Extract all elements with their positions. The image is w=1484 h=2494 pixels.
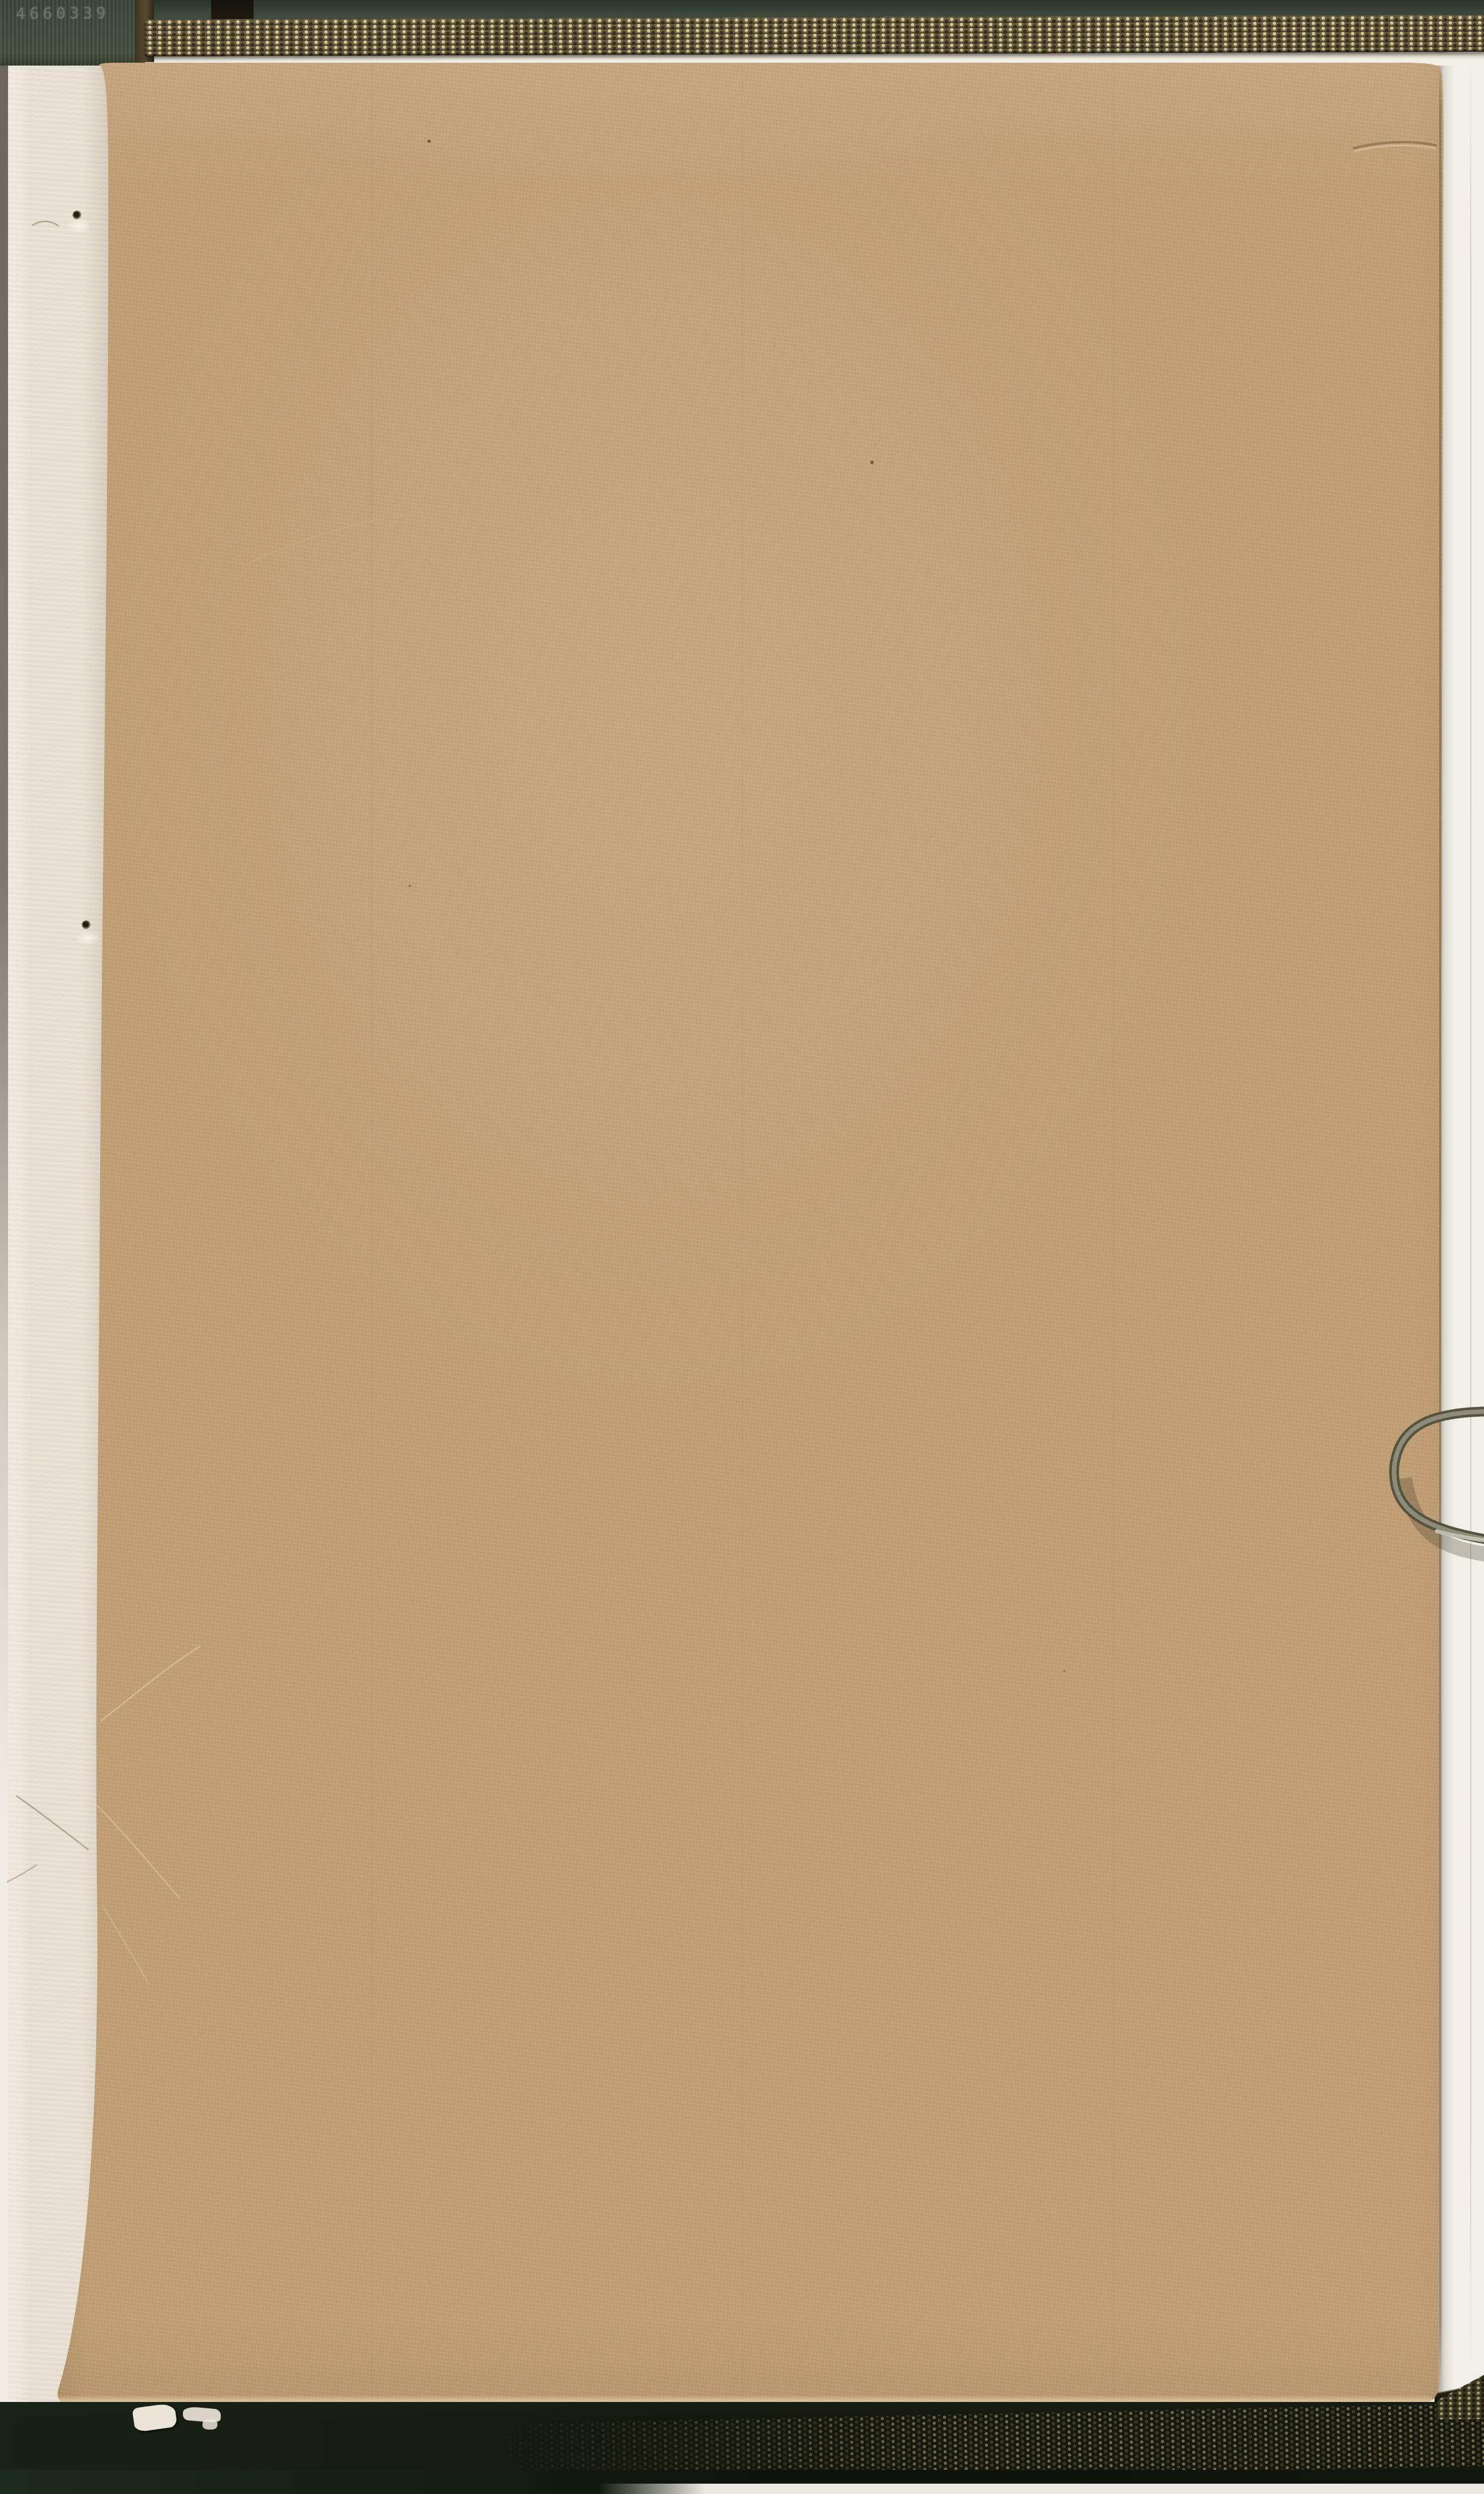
book-scan-scene: 4660339: [0, 0, 1484, 2494]
scan-bottom-sliver: [598, 2484, 1484, 2494]
dust-speck: [870, 461, 874, 464]
sewing-hole-middle: [82, 920, 91, 929]
cover-stamp-number: 4660339: [16, 4, 143, 28]
dust-speck: [408, 885, 411, 887]
sewing-hole-paper-puff: [66, 219, 92, 234]
page-right-edge-line: [1439, 64, 1441, 2389]
dust-speck: [1063, 1670, 1066, 1672]
torn-paper-fragment: [202, 2419, 217, 2430]
cover-cloth-bottom: [0, 2402, 1484, 2494]
sewing-hole-paper-puff: [75, 931, 101, 946]
clip-wire-outline: [1394, 1412, 1484, 1539]
endpaper-right-column: [1437, 48, 1484, 2487]
sewing-hole-top: [72, 211, 82, 220]
metal-clip: [1375, 1380, 1484, 1570]
paper-texture: [0, 0, 1484, 2494]
page-separation-line: [1470, 54, 1471, 2372]
dust-speck: [427, 140, 431, 143]
woven-spine-band: [145, 15, 1484, 56]
blank-tan-page: [0, 0, 1484, 2494]
cover-cloth-top-left: 4660339: [0, 0, 145, 66]
torn-paper-fragment: [132, 2403, 177, 2432]
